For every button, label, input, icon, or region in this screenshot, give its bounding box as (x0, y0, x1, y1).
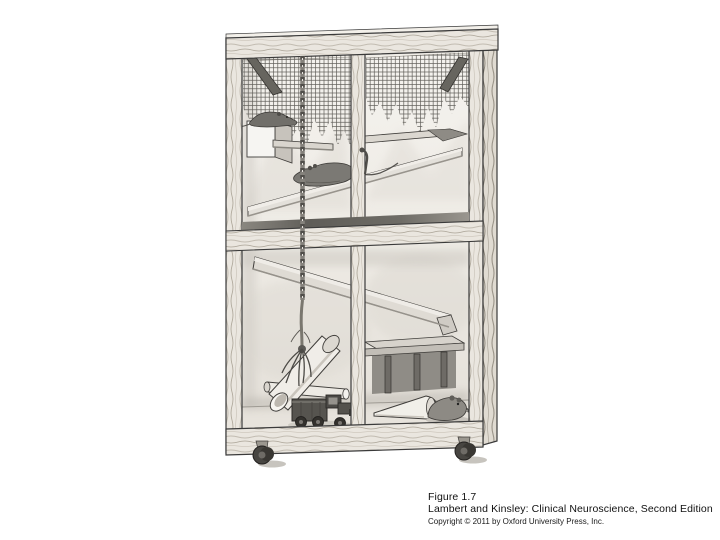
figure-source: Lambert and Kinsley: Clinical Neuroscien… (428, 503, 713, 515)
play-table (365, 336, 464, 394)
figure-1-7-illustration (0, 0, 720, 540)
figure-label: Figure 1.7 (428, 491, 713, 503)
figure-caption: Figure 1.7 Lambert and Kinsley: Clinical… (428, 491, 713, 528)
slide: Figure 1.7 Lambert and Kinsley: Clinical… (0, 0, 720, 540)
figure-copyright: Copyright © 2011 by Oxford University Pr… (428, 516, 713, 528)
